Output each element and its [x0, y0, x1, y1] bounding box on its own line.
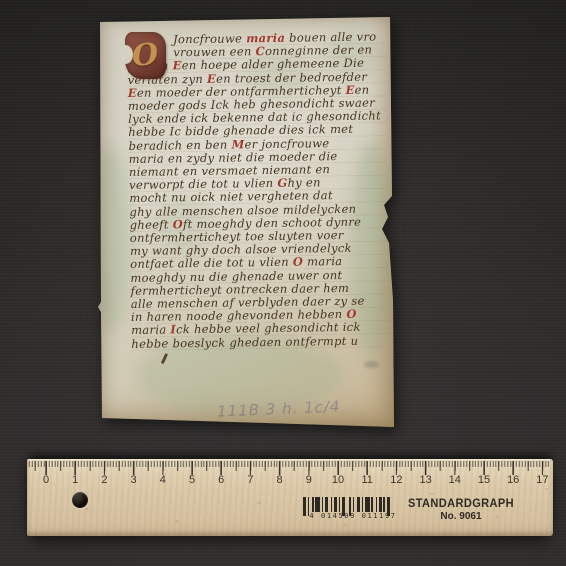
faint-scribble	[364, 361, 379, 368]
parchment: Joncfrouwe maria bouen alle vrovrouwen e…	[98, 16, 394, 428]
ruler-number: 7	[247, 474, 253, 486]
barcode-digits: 4 014509 011197	[303, 512, 403, 520]
ruler-ticks	[27, 461, 549, 475]
ruler-number: 16	[507, 474, 519, 486]
ruler-scale: 01234567891011121314151617	[27, 474, 553, 488]
photo-background: Joncfrouwe maria bouen alle vrovrouwen e…	[0, 0, 566, 566]
ruler-number: 14	[449, 474, 461, 486]
barcode: 4 014509 011197	[303, 497, 403, 520]
ruler-number: 13	[419, 474, 431, 486]
ruler-number: 17	[536, 474, 548, 486]
ruler-number: 3	[131, 474, 137, 486]
manuscript-page: Joncfrouwe maria bouen alle vrovrouwen e…	[98, 16, 394, 428]
ruler-number: 0	[43, 474, 49, 486]
initial-letter: O	[131, 37, 160, 74]
ruler-number: 11	[361, 474, 372, 486]
ruler-number: 12	[390, 474, 402, 486]
manuscript-line: hebbe boeslyck ghedaen ontfermpt u	[131, 334, 389, 351]
ruler-number: 10	[332, 474, 344, 486]
ruler-number: 9	[306, 474, 312, 486]
ruler-hole	[72, 492, 88, 508]
ruler-number: 8	[277, 474, 283, 486]
decorated-initial: O	[125, 32, 166, 79]
ruler-number: 6	[218, 474, 224, 486]
ruler-number: 5	[189, 474, 195, 486]
ruler-number: 1	[72, 474, 78, 486]
shelfmark-annotation: 111B 3 h. 1c/4	[217, 397, 341, 420]
manuscript-text: Joncfrouwe maria bouen alle vrovrouwen e…	[127, 30, 389, 356]
ruler-number: 2	[101, 474, 107, 486]
ruler-number: 15	[478, 474, 490, 486]
model-number: No. 9061	[395, 511, 527, 522]
ruler-number: 4	[160, 474, 166, 486]
green-stain	[90, 144, 130, 334]
ruler: 01234567891011121314151617 4 014509 0111…	[27, 459, 553, 536]
brand-label: STANDARDGRAPH	[398, 498, 525, 510]
